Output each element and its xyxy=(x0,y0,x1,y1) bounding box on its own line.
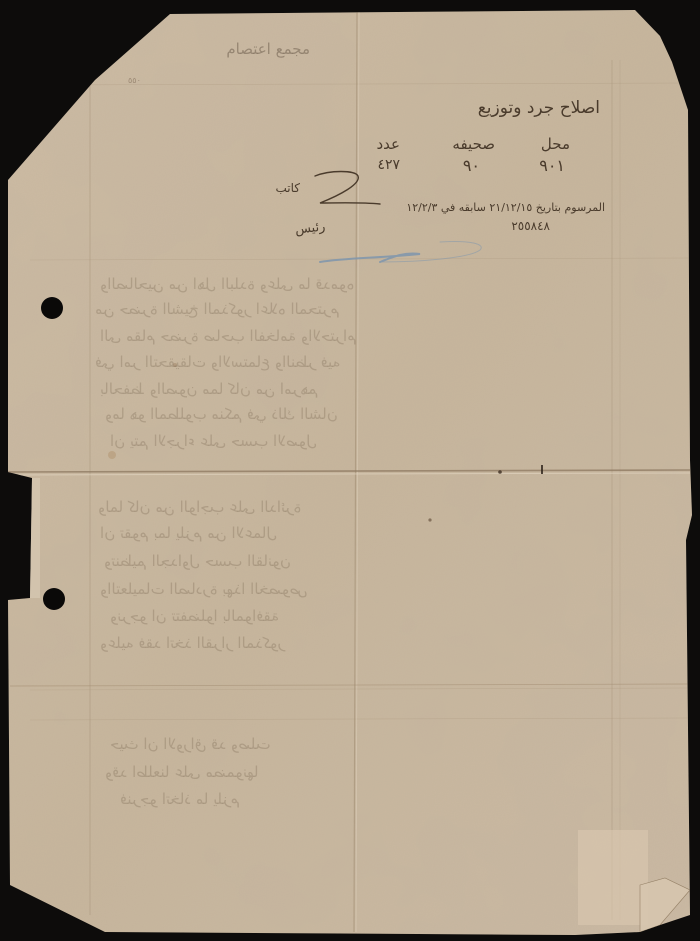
bleed-line: من حضرة الشيخ المذكور اعلاه المحترم xyxy=(95,300,340,318)
annotation-title: اصلاح جرد وتوزيع xyxy=(478,100,600,117)
punch-hole-upper xyxy=(41,297,63,319)
bleed-line: حيث ان الاوراق قد وصلت xyxy=(110,735,271,753)
bleed-line: والتعليمات الصادرة بهذا الخصوص xyxy=(100,580,307,598)
bleed-line: ان تقوم بما يلزم من الاعمال xyxy=(100,524,277,542)
annotation-initials: رئيس xyxy=(294,220,326,236)
bleed-line: بالحفظ والصون مما كان من امرهم xyxy=(100,380,318,398)
bleed-line: ان يتم الاجراء على حسب الاصول xyxy=(110,432,317,450)
annotation-value-col2: ٩٠ xyxy=(463,158,480,174)
bleed-line: في امر التحقيقات والاستماع والنظر فيه xyxy=(95,353,340,371)
annotation-value-col1: ٩٠١ xyxy=(539,158,565,174)
annotation-reference-number: ٢٥٥٨٤٨ xyxy=(511,220,550,232)
annotation-label-col2: صحيفه xyxy=(452,137,495,152)
punch-hole-lower xyxy=(43,588,65,610)
bleed-line: الى مقام حضرة صاحب الفخامة والاحترام xyxy=(100,327,356,345)
annotation-label-col1: محل xyxy=(541,137,570,152)
document-page: ٥٥٠ مجمع اعتصام اصلاح جرد وتوزيع محل صحي… xyxy=(0,0,700,941)
bleed-line: وقد اطلعنا على مضمونها xyxy=(105,763,259,781)
annotation-value-col3: ٤٢٧ xyxy=(377,158,400,172)
bleed-line: وتنظيم الجداول حسب القانون xyxy=(104,552,291,570)
bleed-line: فنرجو اتخاذ ما يلزم xyxy=(120,790,240,808)
catalog-mark: ٥٥٠ xyxy=(128,76,141,85)
annotation-signature-note: كاتب xyxy=(276,182,301,194)
paper-sheet xyxy=(0,0,700,941)
bleed-line: ونرجو ان تتفضلوا بالموافقة xyxy=(110,607,279,625)
annotation-reference-line: المرسوم بتاريخ ٢١/١٢/١٥ سابقه في ١٢/٢/٣ xyxy=(406,202,605,213)
bleed-line: وعليه فقد اتخذ القرار المذكور xyxy=(100,634,285,652)
bleed-line: والصالحين من اهل البلدة وعلى ما قدموه xyxy=(100,275,354,293)
bleed-line: وما هو المطلوب منكم في ذلك الشان xyxy=(105,405,338,423)
header-faint: مجمع اعتصام xyxy=(226,42,310,57)
annotation-label-col3: عدد xyxy=(376,137,400,152)
bleed-line: ولما كان من الواجب على الدائرة xyxy=(98,498,301,516)
